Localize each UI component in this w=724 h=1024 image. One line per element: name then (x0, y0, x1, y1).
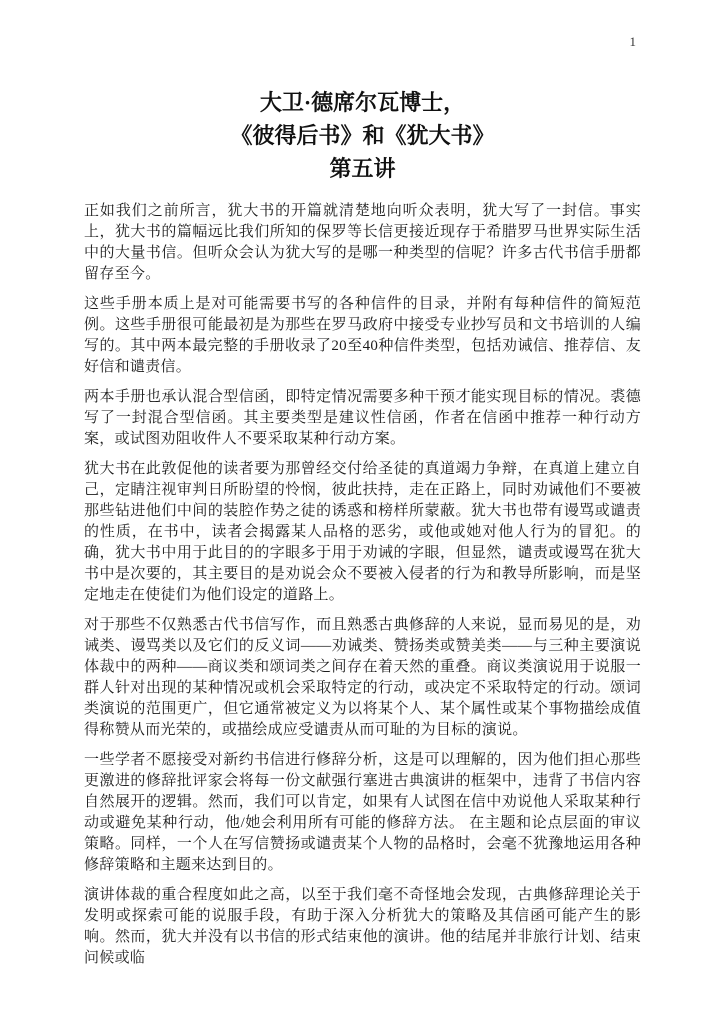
paragraph-4: 犹大书在此敦促他的读者要为那曾经交付给圣徒的真道竭力争辩，在真道上建立自己，定睛… (84, 459, 641, 606)
paragraph-7: 演讲体裁的重合程度如此之高，以至于我们毫不奇怪地会发现，古典修辞理论关于发明或探… (84, 885, 641, 969)
page-number: 1 (630, 35, 637, 48)
page-content: 大卫·德席尔瓦博士， 《彼得后书》和《犹大书》 第五讲 正如我们之前所言，犹大书… (84, 86, 641, 969)
document-body: 正如我们之前所言，犹大书的开篇就清楚地向听众表明，犹大写了一封信。事实上，犹大书… (84, 201, 641, 969)
document-title: 大卫·德席尔瓦博士， 《彼得后书》和《犹大书》 第五讲 (84, 86, 641, 185)
paragraph-6: 一些学者不愿接受对新约书信进行修辞分析，这是可以理解的，因为他们担心那些更激进的… (84, 750, 641, 876)
document-page: 1 大卫·德席尔瓦博士， 《彼得后书》和《犹大书》 第五讲 正如我们之前所言，犹… (0, 0, 724, 1024)
paragraph-3: 两本手册也承认混合型信函，即特定情况需要多种干预才能实现目标的情况。裘德写了一封… (84, 387, 641, 450)
title-line-2: 《彼得后书》和《犹大书》 (84, 119, 641, 152)
title-line-3: 第五讲 (84, 152, 641, 185)
paragraph-5: 对于那些不仅熟悉古代书信写作，而且熟悉古典修辞的人来说，显而易见的是，劝诫类、谩… (84, 615, 641, 741)
title-line-1: 大卫·德席尔瓦博士， (84, 86, 641, 119)
paragraph-1: 正如我们之前所言，犹大书的开篇就清楚地向听众表明，犹大写了一封信。事实上，犹大书… (84, 201, 641, 285)
paragraph-2: 这些手册本质上是对可能需要书写的各种信件的目录，并附有每种信件的简短范例。这些手… (84, 294, 641, 378)
